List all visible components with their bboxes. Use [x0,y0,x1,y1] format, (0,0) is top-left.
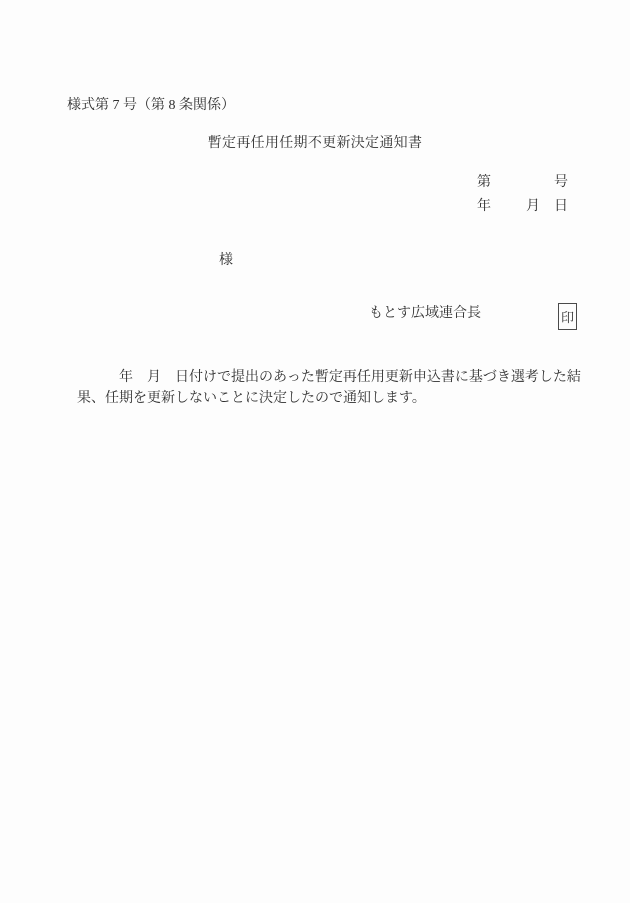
body-line-1: 年 月 日付けで提出のあった暫定再任用更新申込書に基づき選考した結 [77,367,585,388]
document-number-prefix: 第 [477,171,491,191]
seal-box: 印 [558,303,577,330]
sender-name: もとす広域連合長 [369,302,481,322]
seal-placeholder-label: 印 [561,307,574,326]
form-number-label: 様式第 7 号（第 8 条関係） [67,94,235,114]
date-day-label: 日 [554,195,568,215]
date-year-label: 年 [477,195,491,215]
date-month-label: 月 [526,195,540,215]
document-title: 暫定再任用任期不更新決定通知書 [0,132,630,152]
document-page: 様式第 7 号（第 8 条関係） 暫定再任用任期不更新決定通知書 第 号 年 月… [0,0,630,903]
addressee-honorific: 様 [219,249,233,269]
document-number-suffix: 号 [554,171,568,191]
body-line-2: 果、任期を更新しないことに決定したので通知します。 [77,388,585,409]
body-paragraph: 年 月 日付けで提出のあった暫定再任用更新申込書に基づき選考した結 果、任期を更… [77,367,585,409]
